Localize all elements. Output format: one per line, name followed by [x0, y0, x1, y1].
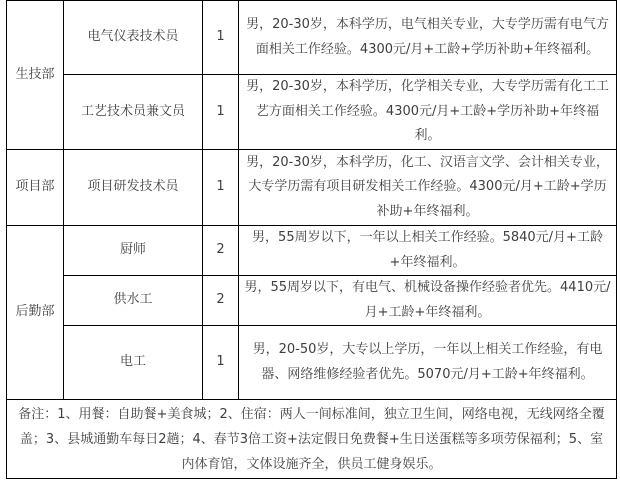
position-title: 电工 [64, 326, 203, 400]
notes-text: 备注：1、用餐：自助餐+美食城；2、住宿：两人一间标准间，独立卫生间，网络电视，… [7, 400, 617, 479]
requirements: 男，55周岁以下，一年以上相关工作经验。5840元/月+工龄+年终福利。 [239, 226, 617, 276]
department-cell: 项目部 [7, 150, 64, 226]
position-title: 工艺技术员兼文员 [64, 75, 203, 150]
table-row: 后勤部 厨师 2 男，55周岁以下，一年以上相关工作经验。5840元/月+工龄+… [7, 226, 617, 276]
requirements: 男，20-30岁，本科学历，化工、汉语言文学、会计相关专业，大专学历需有项目研发… [239, 150, 617, 226]
position-title: 供水工 [64, 276, 203, 326]
table-row: 供水工 2 男，55周岁以下，有电气、机械设备操作经验者优先。4410元/月+工… [7, 276, 617, 326]
position-title: 厨师 [64, 226, 203, 276]
job-openings-table: 生技部 电气仪表技术员 1 男，20-30岁，本科学历，电气相关专业，大专学历需… [6, 0, 617, 479]
requirements: 男，20-30岁，本科学历，电气相关专业，大专学历需有电气方面相关工作经验。43… [239, 1, 617, 75]
headcount: 1 [203, 75, 239, 150]
table-row: 生技部 电气仪表技术员 1 男，20-30岁，本科学历，电气相关专业，大专学历需… [7, 1, 617, 75]
headcount: 1 [203, 1, 239, 75]
table-row: 电工 1 男，20-50岁，大专以上学历，一年以上相关工作经验，有电器、网络维修… [7, 326, 617, 400]
headcount: 2 [203, 226, 239, 276]
requirements: 男，20-50岁，大专以上学历，一年以上相关工作经验，有电器、网络维修经验者优先… [239, 326, 617, 400]
position-title: 电气仪表技术员 [64, 1, 203, 75]
table-row: 项目部 项目研发技术员 1 男，20-30岁，本科学历，化工、汉语言文学、会计相… [7, 150, 617, 226]
requirements: 男，55周岁以下，有电气、机械设备操作经验者优先。4410元/月+工龄+年终福利… [239, 276, 617, 326]
headcount: 1 [203, 326, 239, 400]
department-cell: 生技部 [7, 1, 64, 150]
position-title: 项目研发技术员 [64, 150, 203, 226]
headcount: 2 [203, 276, 239, 326]
requirements: 男，20-30岁，本科学历，化学相关专业，大专学历需有化工工艺方面相关工作经验。… [239, 75, 617, 150]
headcount: 1 [203, 150, 239, 226]
notes-row: 备注：1、用餐：自助餐+美食城；2、住宿：两人一间标准间，独立卫生间，网络电视，… [7, 400, 617, 479]
table-row: 工艺技术员兼文员 1 男，20-30岁，本科学历，化学相关专业，大专学历需有化工… [7, 75, 617, 150]
department-cell: 后勤部 [7, 226, 64, 400]
